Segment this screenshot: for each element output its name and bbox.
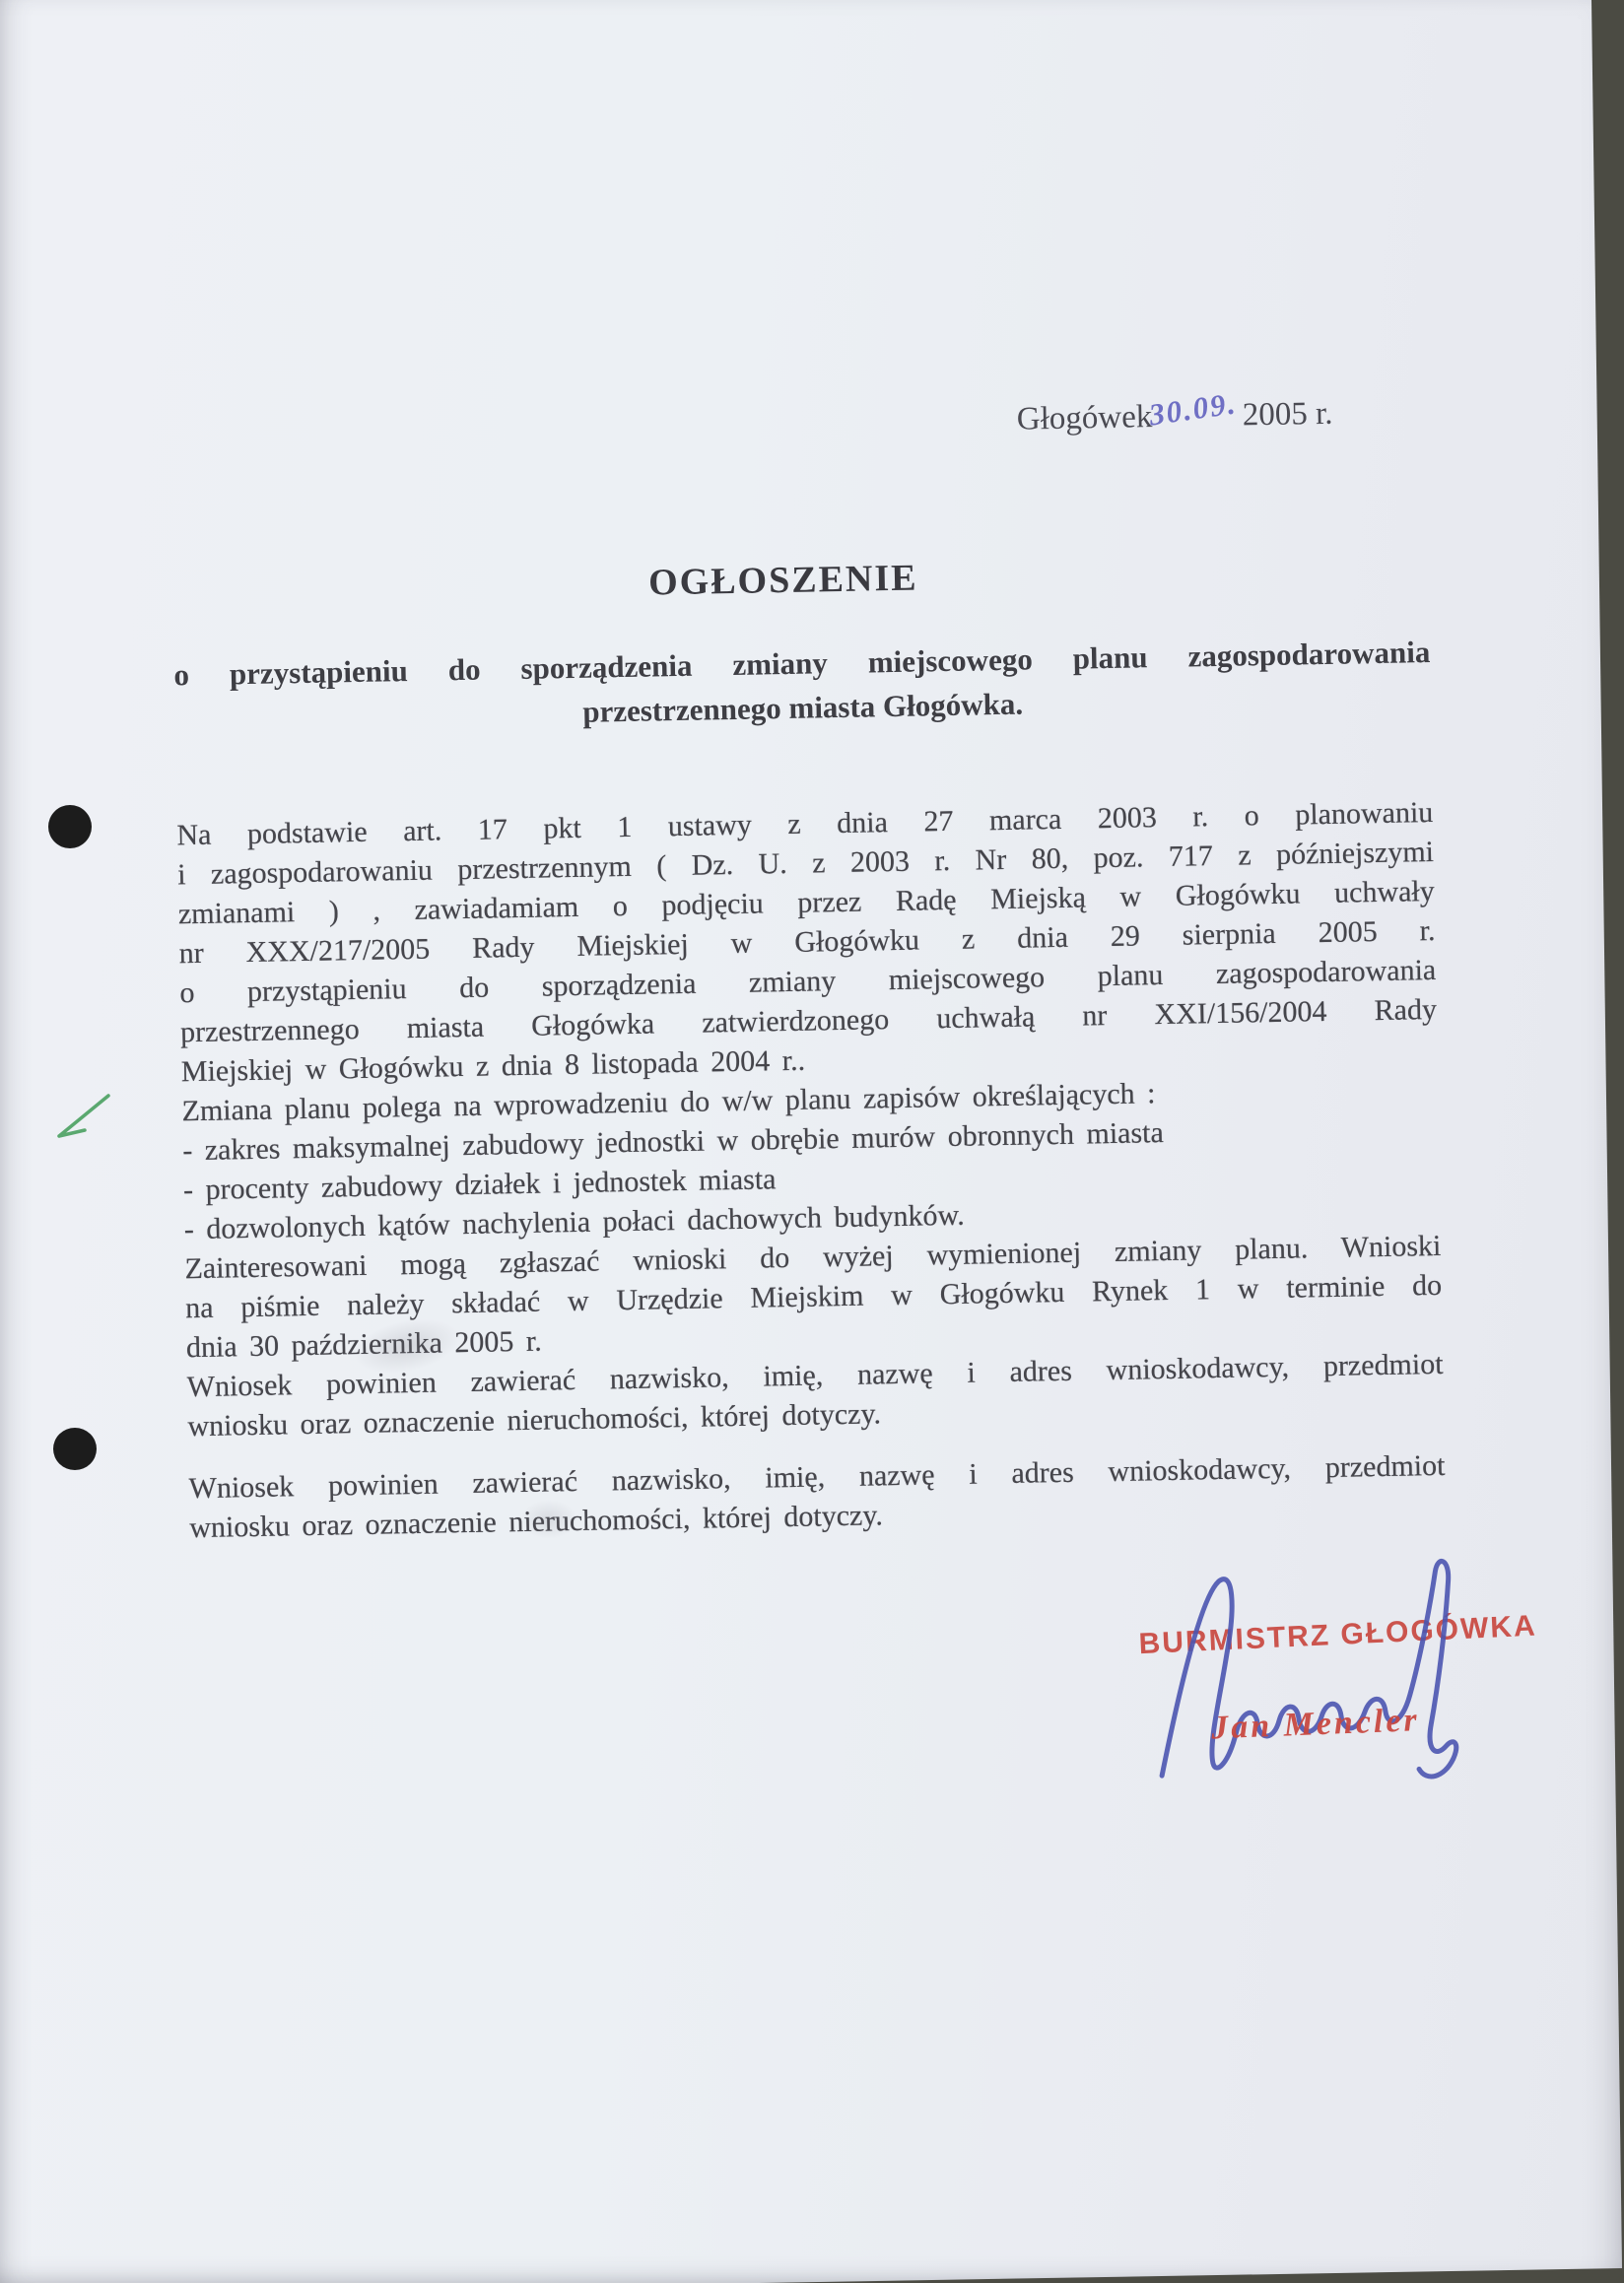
paper-sheet: Głogówek30.09.2005 r. OGŁOSZENIE o przys… bbox=[0, 0, 1624, 2283]
scanned-document-page: Głogówek30.09.2005 r. OGŁOSZENIE o przys… bbox=[0, 0, 1624, 2283]
hole-punch-bottom bbox=[53, 1428, 97, 1470]
dateline-year: 2005 r. bbox=[1242, 396, 1332, 434]
dateline-place: Głogówek bbox=[1017, 399, 1153, 437]
document-subtitle: o przystąpieniu do sporządzenia zmiany m… bbox=[173, 630, 1431, 741]
document-content: Głogówek30.09.2005 r. OGŁOSZENIE o przys… bbox=[0, 0, 1624, 2283]
check-arrow-annotation bbox=[45, 1090, 116, 1145]
handwritten-date: 30.09. bbox=[1147, 385, 1240, 433]
document-title: OGŁOSZENIE bbox=[138, 547, 1430, 614]
signature-scribble bbox=[1114, 1556, 1462, 1793]
body-text: Na podstawie art. 17 pkt 1 ustawy z dnia… bbox=[176, 793, 1446, 1548]
hole-punch-top bbox=[48, 805, 92, 848]
dateline: Głogówek30.09.2005 r. bbox=[1017, 396, 1333, 438]
